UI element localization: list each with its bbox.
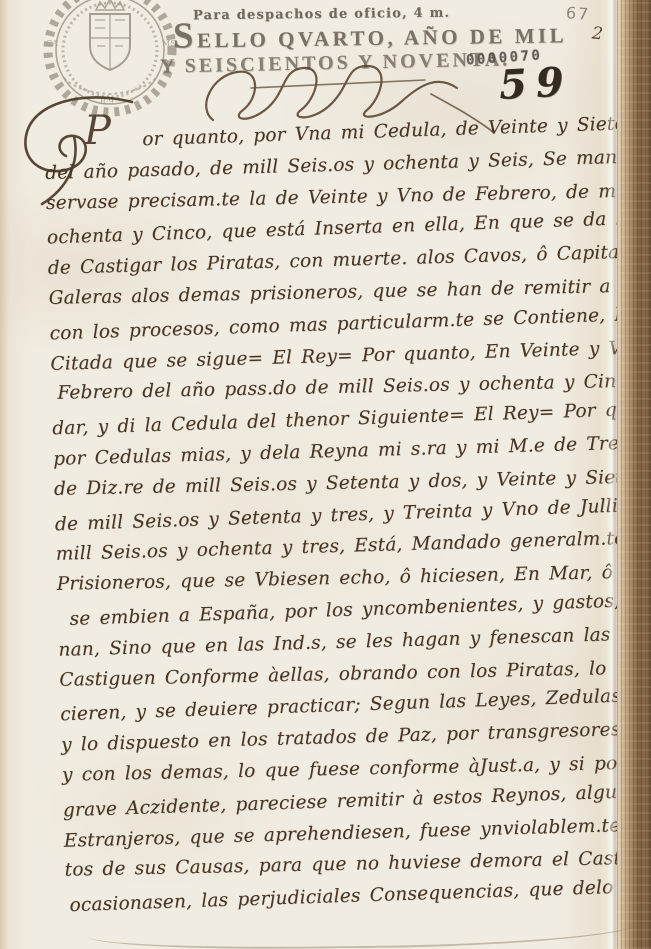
manuscript-page: CA MS R·9 Para despachos de oficio, 4 m.… [0,0,651,949]
small-ink-number: 2 [591,23,604,44]
book-page-edges [617,0,651,949]
page-fold-crease [607,0,617,949]
seal-side-letters-left: CA [46,39,58,48]
bottom-crease-line [88,921,644,949]
manuscript-body: or quanto, por Vna mi Cedula, de Veinte … [44,115,641,926]
pencil-folio-number: 67 [565,3,591,24]
